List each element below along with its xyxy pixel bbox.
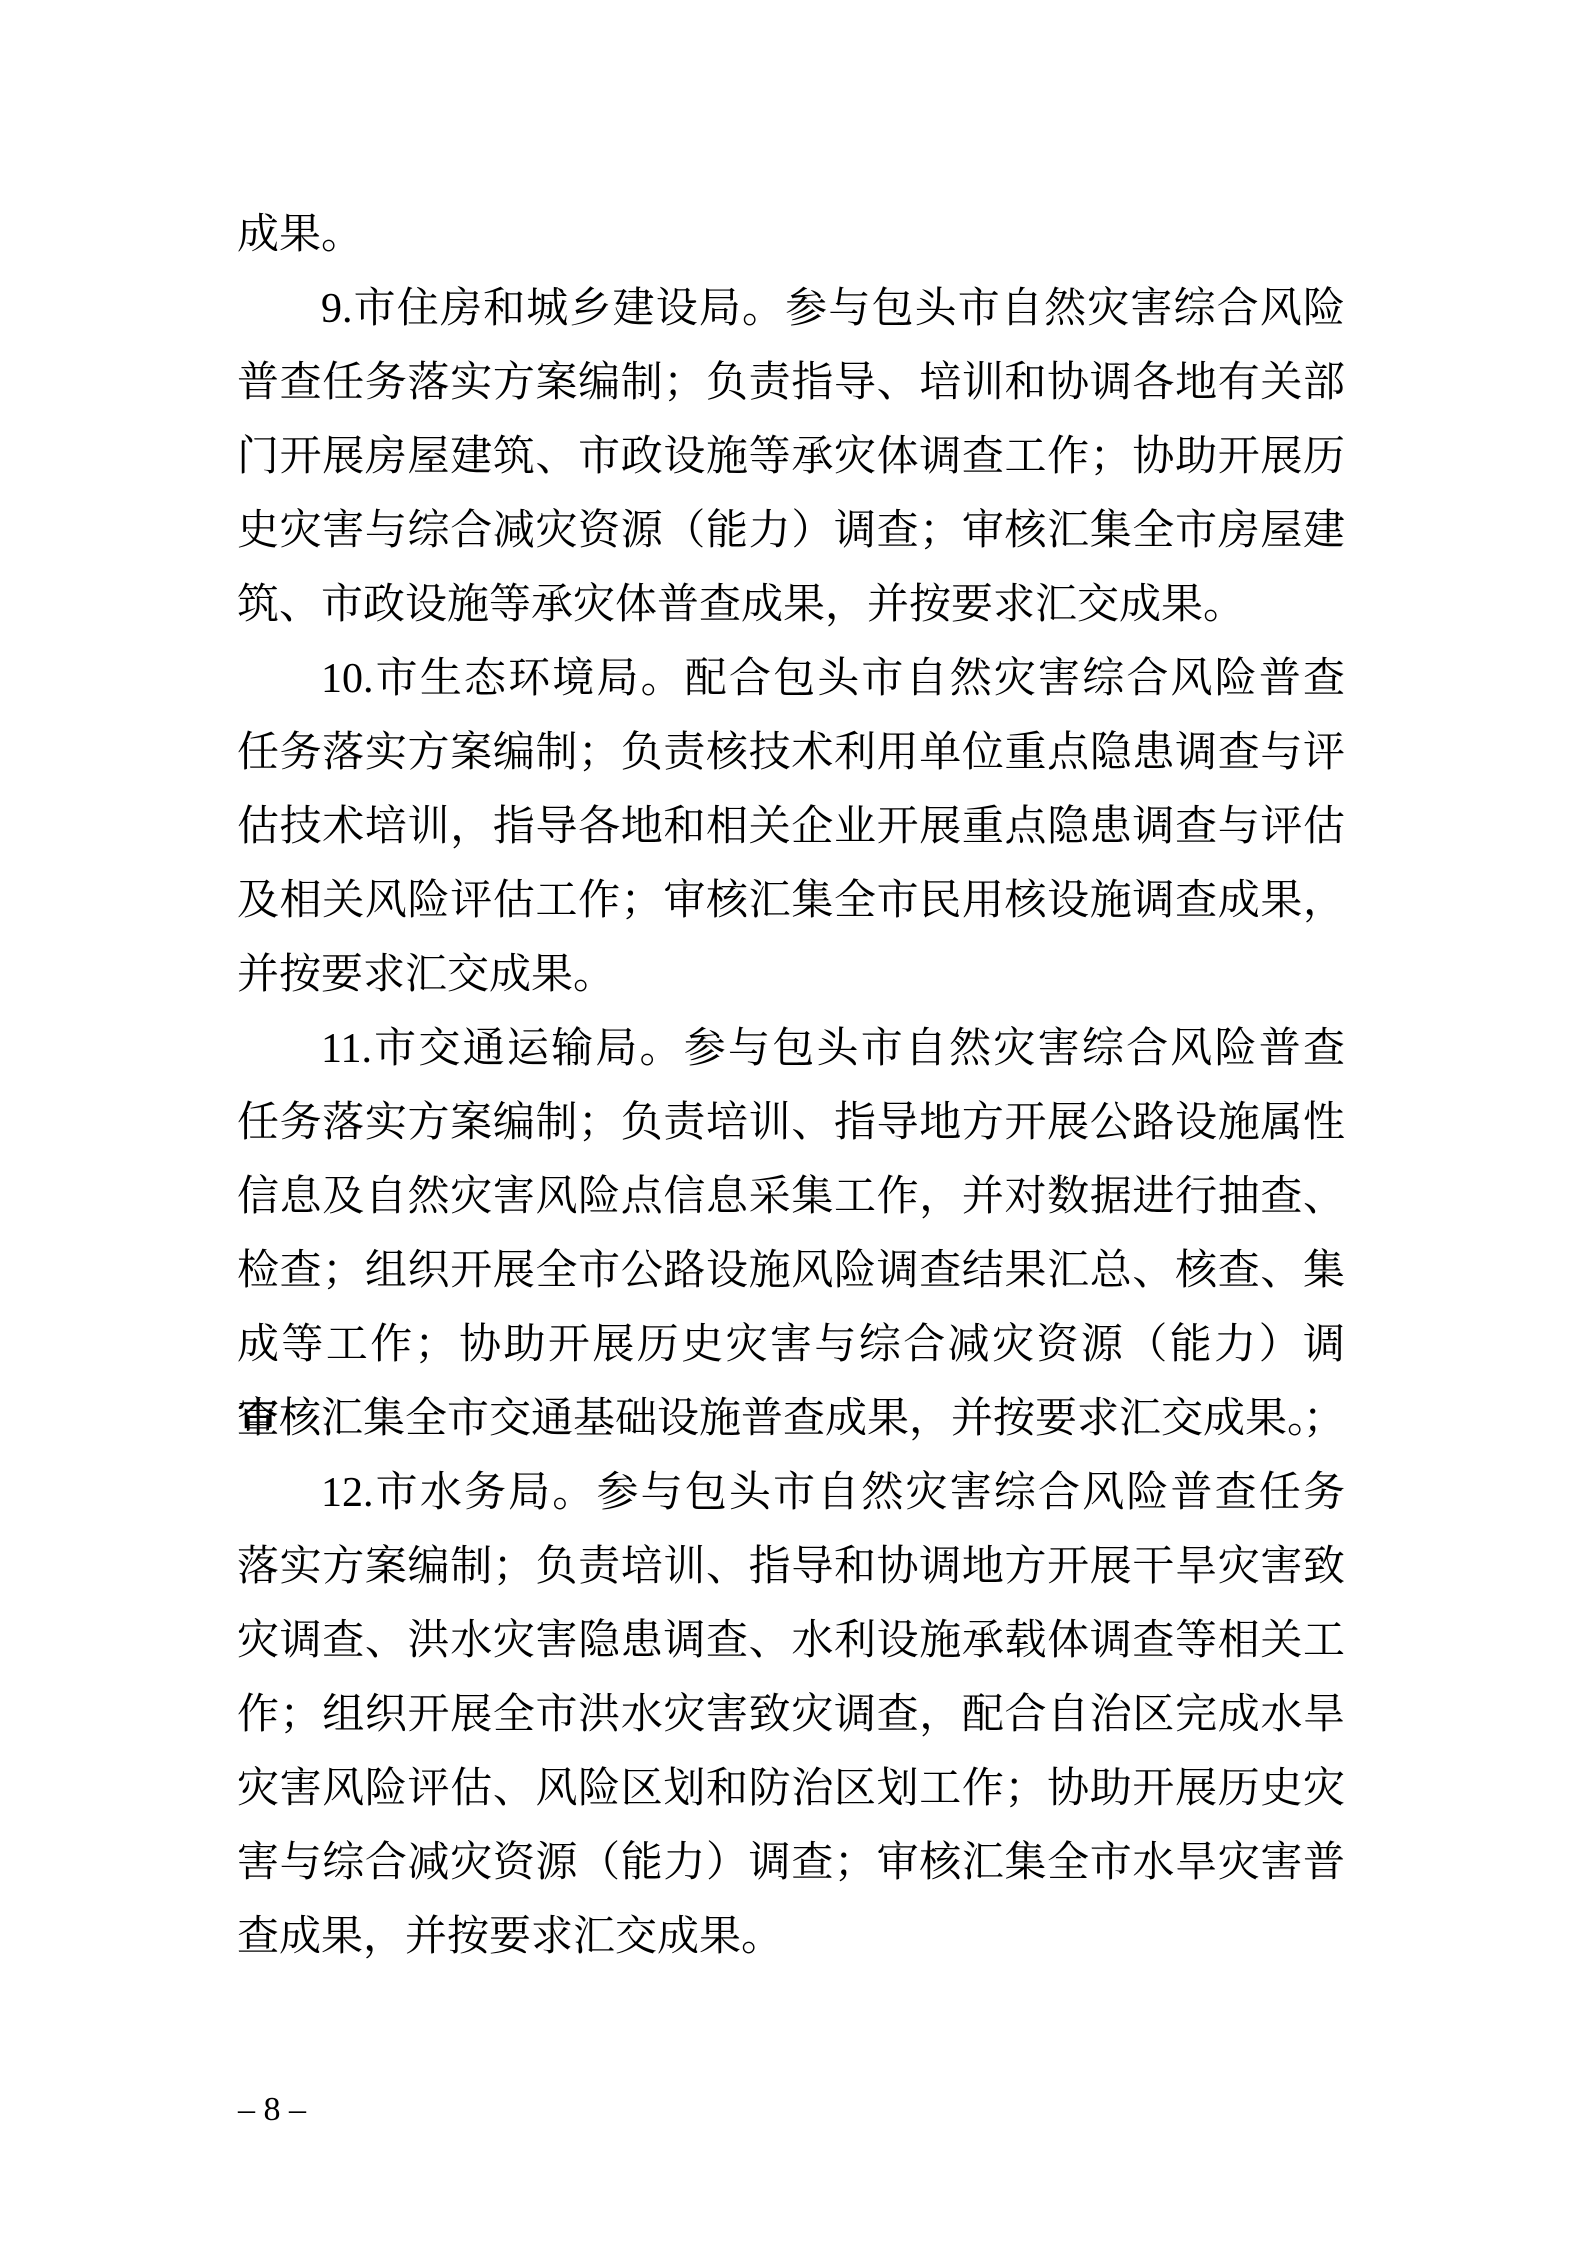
text-line: 检查；组织开展全市公路设施风险调查结果汇总、核查、集 bbox=[237, 1234, 1345, 1308]
text-line: 门开展房屋建筑、市政设施等承灾体调查工作；协助开展历 bbox=[237, 420, 1345, 494]
text-line: 害与综合减灾资源（能力）调查；审核汇集全市水旱灾害普 bbox=[237, 1826, 1345, 1900]
text-line: 史灾害与综合减灾资源（能力）调查；审核汇集全市房屋建 bbox=[237, 494, 1345, 568]
text-line: 任务落实方案编制；负责培训、指导地方开展公路设施属性 bbox=[237, 1086, 1345, 1160]
document-body: 成果。 9.市住房和城乡建设局。参与包头市自然灾害综合风险 普查任务落实方案编制… bbox=[237, 198, 1345, 1974]
text-line: 查成果，并按要求汇交成果。 bbox=[237, 1900, 1345, 1974]
text-line: 成等工作；协助开展历史灾害与综合减灾资源（能力）调查； bbox=[237, 1308, 1345, 1382]
text-line: 普查任务落实方案编制；负责指导、培训和协调各地有关部 bbox=[237, 346, 1345, 420]
text-line: 信息及自然灾害风险点信息采集工作，并对数据进行抽查、 bbox=[237, 1160, 1345, 1234]
text-line: 及相关风险评估工作；审核汇集全市民用核设施调查成果， bbox=[237, 864, 1345, 938]
text-line: 成果。 bbox=[237, 198, 1345, 272]
text-line: 9.市住房和城乡建设局。参与包头市自然灾害综合风险 bbox=[237, 272, 1345, 346]
text-line: 灾调查、洪水灾害隐患调查、水利设施承载体调查等相关工 bbox=[237, 1604, 1345, 1678]
text-line: 10.市生态环境局。配合包头市自然灾害综合风险普查 bbox=[237, 642, 1345, 716]
text-line: 作；组织开展全市洪水灾害致灾调查，配合自治区完成水旱 bbox=[237, 1678, 1345, 1752]
text-line: 筑、市政设施等承灾体普查成果，并按要求汇交成果。 bbox=[237, 568, 1345, 642]
text-line: 落实方案编制；负责培训、指导和协调地方开展干旱灾害致 bbox=[237, 1530, 1345, 1604]
text-line: 11.市交通运输局。参与包头市自然灾害综合风险普查 bbox=[237, 1012, 1345, 1086]
text-line: 12.市水务局。参与包头市自然灾害综合风险普查任务 bbox=[237, 1456, 1345, 1530]
text-line: 并按要求汇交成果。 bbox=[237, 938, 1345, 1012]
text-line: 任务落实方案编制；负责核技术利用单位重点隐患调查与评 bbox=[237, 716, 1345, 790]
document-page: 成果。 9.市住房和城乡建设局。参与包头市自然灾害综合风险 普查任务落实方案编制… bbox=[0, 0, 1587, 2245]
page-number: – 8 – bbox=[238, 2090, 306, 2130]
text-line: 灾害风险评估、风险区划和防治区划工作；协助开展历史灾 bbox=[237, 1752, 1345, 1826]
text-line: 估技术培训，指导各地和相关企业开展重点隐患调查与评估 bbox=[237, 790, 1345, 864]
text-line: 审核汇集全市交通基础设施普查成果，并按要求汇交成果。 bbox=[237, 1382, 1345, 1456]
